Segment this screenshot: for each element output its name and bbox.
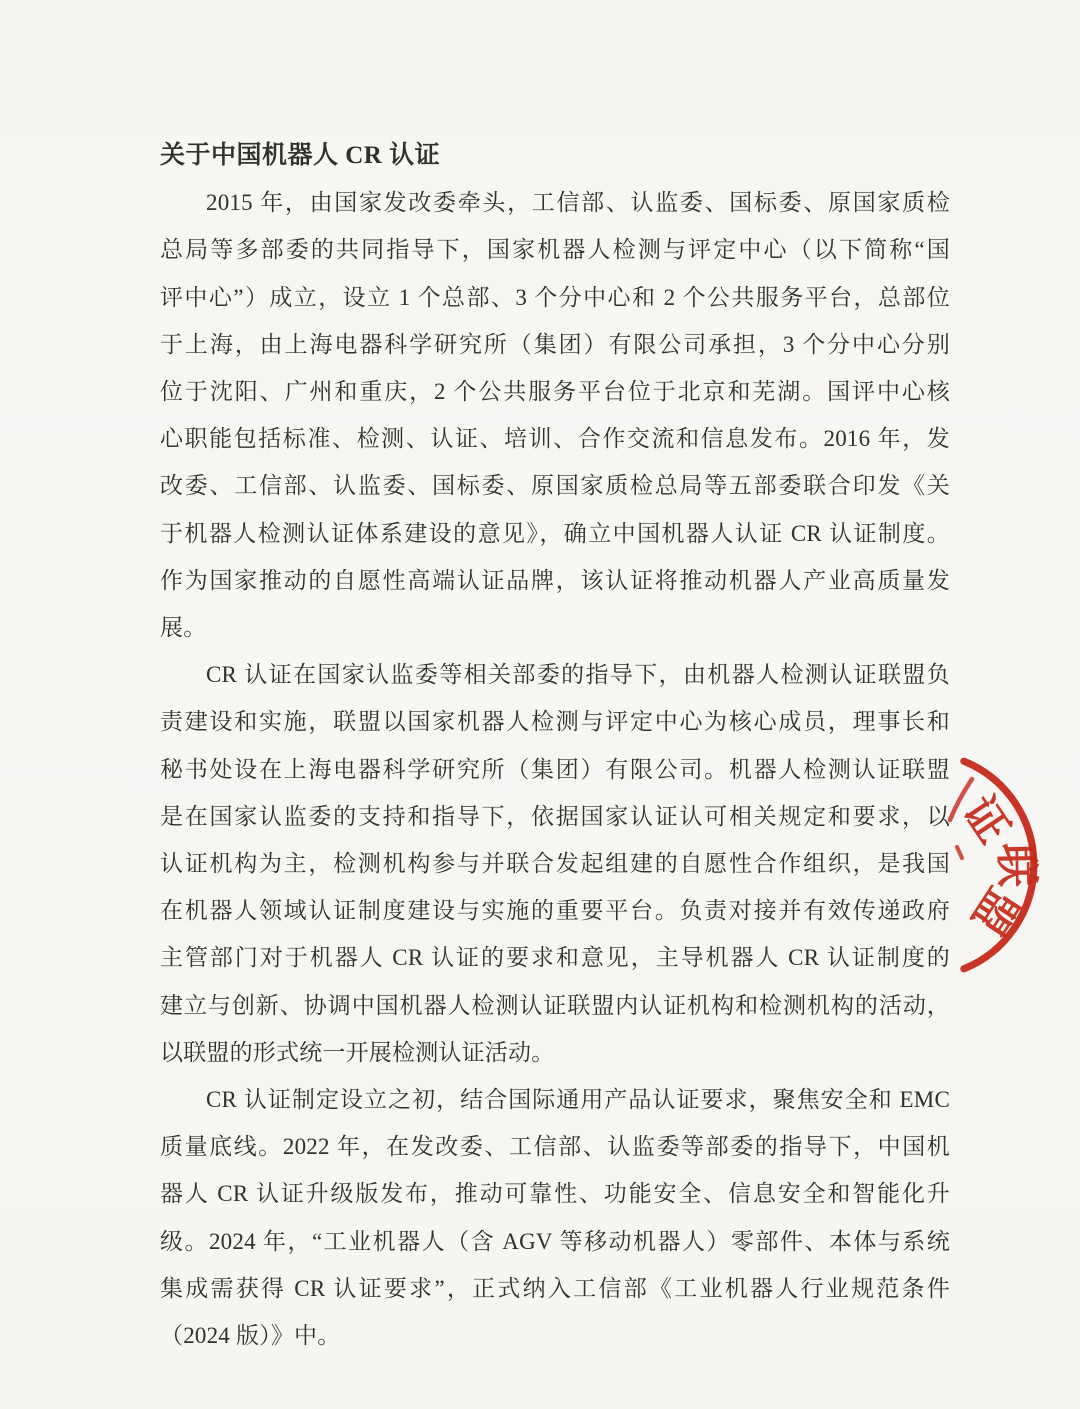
stamp-character: 证 [953,788,1018,852]
document-line: 集成需获得 CR 认证要求”，正式纳入工信部《工业机器人行业规范条件 [160,1265,950,1312]
stamp-ring [964,761,1034,969]
document-line: 主管部门对于机器人 CR 认证的要求和意见，主导机器人 CR 认证制度的 [160,934,950,981]
document-line: CR 认证制定设立之初，结合国际通用产品认证要求，聚焦安全和 EMC [160,1076,950,1123]
document-body: 关于中国机器人 CR 认证 2015 年，由国家发改委牵头，工信部、认监委、国标… [160,132,950,1359]
document-line: 于上海，由上海电器科学研究所（集团）有限公司承担，3 个分中心分别 [160,321,950,368]
document-line: 级。2024 年，“工业机器人（含 AGV 等移动机器人）零部件、本体与系统 [160,1218,950,1265]
document-line: 在机器人领域认证制度建设与实施的重要平台。负责对接并有效传递政府 [160,887,950,934]
stamp-character: 联 [991,843,1041,888]
stamp-character: 盟 [962,879,1027,943]
stamp-ink-mark [957,847,962,858]
document-line: 评中心”）成立，设立 1 个总部、3 个分中心和 2 个公共服务平台，总部位 [160,274,950,321]
document-title: 关于中国机器人 CR 认证 [160,132,950,179]
document-line: 位于沈阳、广州和重庆，2 个公共服务平台位于北京和芜湖。国评中心核 [160,368,950,415]
document-line: 责建设和实施，联盟以国家机器人检测与评定中心为核心成员，理事长和 [160,698,950,745]
document-line: 器人 CR 认证升级版发布，推动可靠性、功能安全、信息安全和智能化升 [160,1170,950,1217]
document-line: 是在国家认监委的支持和指导下，依据国家认证认可相关规定和要求，以 [160,793,950,840]
document-line: （2024 版）》中。 [160,1312,950,1359]
document-line: 质量底线。2022 年，在发改委、工信部、认监委等部委的指导下，中国机 [160,1123,950,1170]
document-line: 展。 [160,604,950,651]
document-line: CR 认证在国家认监委等相关部委的指导下，由机器人检测认证联盟负 [160,651,950,698]
document-line: 心职能包括标准、检测、认证、培训、合作交流和信息发布。2016 年，发 [160,415,950,462]
document-line: 秘书处设在上海电器科学研究所（集团）有限公司。机器人检测认证联盟 [160,746,950,793]
document-line: 以联盟的形式统一开展检测认证活动。 [160,1029,950,1076]
stamp-partial-stroke [950,779,972,820]
document-line: 改委、工信部、认监委、国标委、原国家质检总局等五部委联合印发《关 [160,462,950,509]
document-line: 于机器人检测认证体系建设的意见》，确立中国机器人认证 CR 认证制度。 [160,510,950,557]
document-page: { "page": { "background": "#f7f6f3", "te… [0,0,1080,1409]
document-line: 认证机构为主，检测机构参与并联合发起组建的自愿性合作组织，是我国 [160,840,950,887]
document-line: 作为国家推动的自愿性高端认证品牌，该认证将推动机器人产业高质量发 [160,557,950,604]
document-line: 建立与创新、协调中国机器人检测认证联盟内认证机构和检测机构的活动， [160,982,950,1029]
document-line: 总局等多部委的共同指导下，国家机器人检测与评定中心（以下简称“国 [160,226,950,273]
document-line: 2015 年，由国家发改委牵头，工信部、认监委、国标委、原国家质检 [160,179,950,226]
